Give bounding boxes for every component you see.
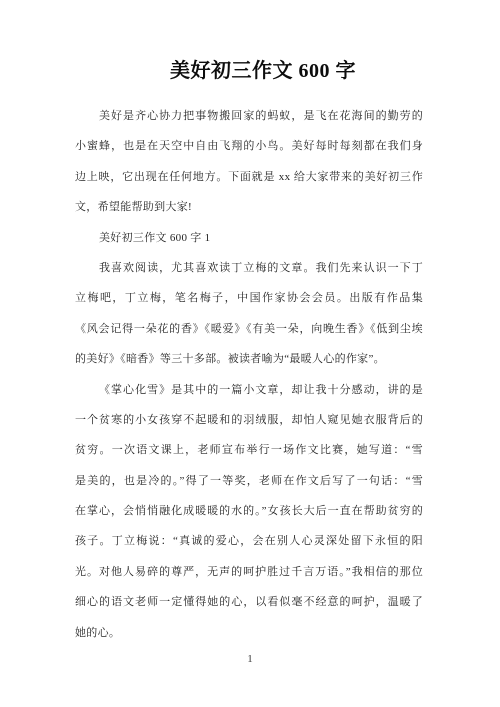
text-line: 在掌心，会悄悄融化成暖暖的水的。”女孩长大后一直在帮助贫穷的 bbox=[75, 496, 423, 526]
text-line: 孩子。丁立梅说：“真诚的爱心，会在别人心灵深处留下永恒的阳 bbox=[75, 526, 423, 556]
text-line: 边上映，它出现在任何地方。下面就是 xx 给大家带来的美好初三作 bbox=[75, 162, 423, 192]
page-number: 1 bbox=[0, 651, 500, 667]
author-intro-paragraph: 我喜欢阅读，尤其喜欢读丁立梅的文章。我们先来认识一下丁立梅吧，丁立梅，笔名梅子，… bbox=[75, 253, 423, 375]
essay-body-paragraph: 《掌心化雪》是其中的一篇小文章，却让我十分感动，讲的是一个贫寒的小女孩穿不起暖和… bbox=[75, 375, 423, 649]
text-line: 美好是齐心协力把事物搬回家的蚂蚁，是飞在花海间的勤劳的 bbox=[75, 101, 423, 131]
text-line: 《掌心化雪》是其中的一篇小文章，却让我十分感动，讲的是 bbox=[75, 375, 423, 405]
text-line: 是美的，也是冷的。”得了一等奖，老师在作文后写了一句话：“雪 bbox=[75, 466, 423, 496]
document-page: 美好初三作文 600 字 美好是齐心协力把事物搬回家的蚂蚁，是飞在花海间的勤劳的… bbox=[0, 0, 500, 707]
text-line: 我喜欢阅读，尤其喜欢读丁立梅的文章。我们先来认识一下丁 bbox=[75, 253, 423, 283]
intro-paragraph: 美好是齐心协力把事物搬回家的蚂蚁，是飞在花海间的勤劳的小蜜蜂，也是在天空中自由飞… bbox=[75, 101, 423, 223]
text-line: 文，希望能帮助到大家! bbox=[75, 192, 423, 222]
document-title: 美好初三作文 600 字 bbox=[75, 58, 423, 84]
text-line: 光。对他人易碎的尊严，无声的呵护胜过千言万语。”我相信的那位 bbox=[75, 557, 423, 587]
text-line: 《风会记得一朵花的香》《暖爱》《有美一朵，向晚生香》《低到尘埃 bbox=[75, 314, 423, 344]
text-line: 细心的语文老师一定懂得她的心，以看似毫不经意的呵护，温暖了 bbox=[75, 587, 423, 617]
text-line: 一个贫寒的小女孩穿不起暖和的羽绒服，却怕人窥见她衣服背后的 bbox=[75, 405, 423, 435]
text-line: 贫穷。一次语文课上，老师宣布举行一场作文比赛，她写道：“雪 bbox=[75, 435, 423, 465]
text-line: 立梅吧，丁立梅，笔名梅子，中国作家协会会员。出版有作品集 bbox=[75, 283, 423, 313]
text-line: 她的心。 bbox=[75, 618, 423, 648]
section-heading-1: 美好初三作文 600 字 1 bbox=[75, 223, 423, 253]
document-body: 美好是齐心协力把事物搬回家的蚂蚁，是飞在花海间的勤劳的小蜜蜂，也是在天空中自由飞… bbox=[75, 101, 423, 648]
text-line: 美好初三作文 600 字 1 bbox=[75, 223, 423, 253]
text-line: 的美好》《暗香》等三十多部。被读者喻为“最暖人心的作家”。 bbox=[75, 344, 423, 374]
text-line: 小蜜蜂，也是在天空中自由飞翔的小鸟。美好每时每刻都在我们身 bbox=[75, 131, 423, 161]
